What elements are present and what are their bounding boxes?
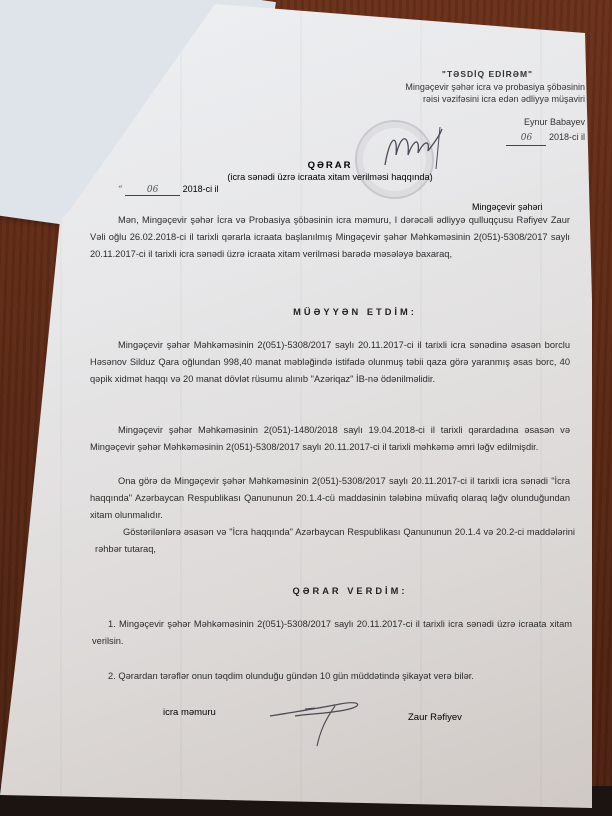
approval-line-1: Mingəçevir şəhər icra və probasiya şöbəs…: [350, 81, 585, 94]
approval-date-day: 06: [506, 132, 546, 146]
established-text-1: Mingəçevir şəhər Məhkəməsinin 2(051)-530…: [90, 340, 570, 384]
officer-signature-icon: [265, 700, 375, 750]
decision-item-1: 1. Mingəçevir şəhər Məhkəməsinin 2(051)-…: [92, 616, 572, 650]
decision-item-2: 2. Qərardan tərəflər onun təqdim olunduğ…: [92, 668, 572, 685]
approver-signature-icon: [380, 125, 450, 170]
document-subtitle: (icra sənədi üzrə icraata xitam verilməs…: [180, 172, 480, 182]
intro-paragraph: Mən, Mingəçevir şəhər İcra və Probasiya …: [90, 212, 570, 263]
approval-title: "TƏSDİQ EDİRƏM": [350, 68, 585, 81]
approver-name: Eynur Babayev: [350, 116, 585, 129]
document-title: QƏRAR: [180, 160, 480, 171]
signer-role: icra məmuru: [163, 707, 216, 718]
official-stamp: [355, 120, 434, 199]
established-paragraph-2: Mingəçevir şəhər Məhkəməsinin 2(051)-148…: [90, 422, 570, 456]
established-paragraph-3: Ona görə də Mingəçevir şəhər Məhkəməsini…: [90, 473, 570, 524]
established-text-2: Mingəçevir şəhər Məhkəməsinin 2(051)-148…: [90, 425, 570, 452]
approval-block: "TƏSDİQ EDİRƏM" Mingəçevir şəhər icra və…: [350, 68, 585, 146]
established-title: MÜƏYYƏN ETDİM:: [205, 307, 505, 317]
established-text-3: Ona görə də Mingəçevir şəhər Məhkəməsini…: [90, 476, 570, 520]
approval-date-year: 2018-ci il: [549, 132, 585, 142]
decision-text-2: 2. Qərardan tərəflər onun təqdim olunduğ…: [108, 671, 474, 681]
intro-text: Mən, Mingəçevir şəhər İcra və Probasiya …: [90, 215, 570, 259]
document-city: Mingəçevir şəhəri: [472, 202, 543, 212]
established-text-4: Göstərilənlərə əsasən və "İcra haqqında"…: [95, 527, 575, 554]
document-date: “ 06 2018-ci il: [118, 184, 219, 196]
established-paragraph-4: Göstərilənlərə əsasən və "İcra haqqında"…: [95, 524, 575, 558]
signer-name: Zaur Rəfiyev: [408, 712, 462, 723]
document-date-year: 2018-ci il: [183, 184, 219, 194]
document-date-month: 06: [125, 185, 180, 196]
approval-date: 06 2018-ci il: [350, 131, 585, 146]
decided-title: QƏRAR VERDİM:: [200, 586, 500, 596]
established-paragraph-1: Mingəçevir şəhər Məhkəməsinin 2(051)-530…: [90, 337, 570, 388]
approval-line-2: rəisi vəzifəsini icra edən ədliyyə müşav…: [350, 93, 585, 106]
decision-text-1: 1. Mingəçevir şəhər Məhkəməsinin 2(051)-…: [92, 619, 572, 646]
